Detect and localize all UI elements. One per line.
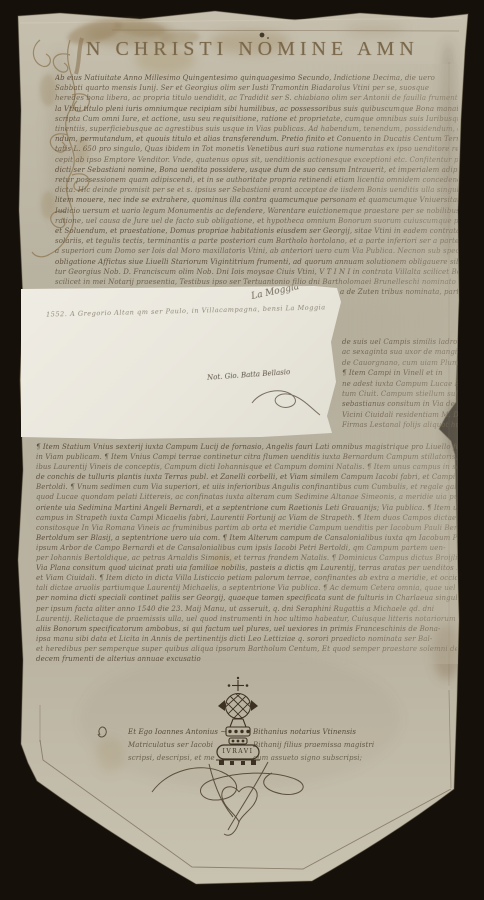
script-line: dicta. Hic deinde promisit per se et s. … [55,185,458,195]
archivist-paper-slip: La Moggia 1552. A Gregorio Altan qm ser … [21,286,341,439]
script-line: et heredibus per semperque super quibus … [36,644,457,654]
ink-blot [260,33,265,38]
script-line: Iudicio uersum et uario legum Monumentis… [55,206,458,216]
script-line: Vicini Ciuidali residentiam M. Dominicis [342,410,458,420]
body-block-1: Ab eius Natiuitate Anno Millesimo Quinge… [55,73,458,287]
script-line: consitosque In Via Romana Vineis ac frum… [36,523,457,533]
script-line: litem mouere, nec inde se extrahere, quo… [55,195,458,205]
side-fragment-column: de suis uel Campis similis ladrosac sexa… [342,337,458,431]
script-line: decem frumenti de alterius annuae excusa… [36,654,457,664]
script-line: tali dictae aruolis partiumque Laurentij… [36,583,457,593]
side-fragment-intro: a de Zuten tribus nominata, partim [340,287,458,297]
script-line: ne adest iuxta Campum Lucae Bertoldi [342,379,458,389]
script-line: per ipsum facta aliter anno 1540 die 23.… [36,604,457,614]
script-line: Via Plana consitum quod uicinat prati ui… [36,563,457,573]
script-line: ratione, uel causa de Jure uel de facto … [55,216,458,226]
slip-ink-note: Not. Gio. Batta Bellasio [207,368,291,382]
script-line: ipsa manu sibi data et Licita in Annis d… [36,634,457,644]
script-line: Firmas Lestanal folijs aliquot humilium [342,420,458,430]
script-line: ipsum Arbor de Campo Bernardi et de Cans… [36,543,457,553]
script-line: tinentiis, superficiebusque ac agrestibu… [55,124,458,134]
script-line: a superiori cum Domo ser Iois dal Moro m… [55,246,458,256]
script-line: Sabbati quarto mensis Iunij. Ser et Geor… [55,83,458,93]
script-line: scilicet in mei Notarij praesentia, Test… [55,277,458,287]
script-line: scripta Cum omni Iure, et actione, usu s… [55,114,458,124]
body-block-2: ¶ Item Statium Vnius sexterij iuxta Camp… [36,442,457,664]
script-line: ndum, permutandum, et quouis titulo et a… [55,134,458,144]
script-line: et Viam Ciuidali. ¶ Item dicto in dicta … [36,573,457,583]
script-line: Bithanius notarius Vtinensis [253,726,379,739]
script-line: a de Zuten tribus nominata, partim [340,287,458,297]
script-line: tum Ciuit. Campum stiellum sull quon- [342,389,458,399]
manuscript-photograph: N CHRISTI NOMINE AMN Ab eius Natiuitate … [0,0,484,900]
script-line: heredes bona libera, ac propria titulo u… [55,93,458,103]
script-line: la Vtini titulo pleni iuris omniumque re… [55,104,458,114]
script-line: cum assueto signo subscripsi; [253,752,379,765]
script-line: et Soluendum, et praestatione, Domus pro… [55,226,458,236]
script-line: de conchis de tulluris plantis iuxta Ter… [36,472,457,482]
script-line: de suis uel Campis similis ladros [342,337,458,347]
script-line: dicti ser Sebastiani nomine, Bona uendit… [55,165,458,175]
script-line: quod Lucae quondam pelati Littereis, ac … [36,492,457,502]
script-line: per nomina dicti speciali continet palii… [36,593,457,603]
script-line: retur possessionem quam adipiscendi, et … [55,175,458,185]
script-line: ¶ Item Statium Vnius sexterij iuxta Camp… [36,442,457,452]
charter-heading: N CHRISTI NOMINE AMN [86,38,466,61]
script-line: Bithanij filius praemissa magistri [253,739,379,752]
script-line: tur Georgius Nob. D. Franciscum olim Nob… [55,267,458,277]
script-line: Laurentij. Relictaque de praemissis ulla… [36,614,457,624]
script-line: sebastianus consitum in Via de mortalis [342,399,458,409]
script-line: ¶ Item Campi in Vinell et in [342,368,458,378]
script-line: Bertoldum ser Blasij, a septentrione uer… [36,533,457,543]
script-line: Ab eius Natiuitate Anno Millesimo Quinge… [55,73,458,83]
notarial-sign-label: IVRAVI [217,748,259,755]
script-line: solariis, et tegulis tectis, terminantis… [55,236,458,246]
script-line: tatis L. 650 pro singulo, Quas ibidem in… [55,144,458,154]
script-line: in Viam publicam. ¶ Item Vnius Campi ter… [36,452,457,462]
script-line: cepit ab ipso Emptore Venditor. Vnde, qu… [55,155,458,165]
script-line: Et Ego Ioannes Antonius ~ [128,726,232,739]
slip-pencil-note: 1552. A Gregorio Altan qm ser Paulo, in … [46,303,326,318]
script-line: ibus Laurentij Vineis de conceptis, Camp… [36,462,457,472]
script-line: obligatione Affictus siue Liuelli Stario… [55,257,458,267]
script-line: aliis Bonorum specificatorum ambobus, si… [36,624,457,634]
script-line: ac sexaginta sua uxor de mangiore, [342,347,458,357]
script-line: oriente uia Sedimina Martini Angeli Bern… [36,503,457,513]
script-line: de Cauorgnano, cum uiam Plumigera, [342,358,458,368]
slip-signature-flourish [246,385,326,419]
script-line: per Iohannis Bertoldique, ac petras Arna… [36,553,457,563]
subscription-left-column: Et Ego Ioannes Antonius ~Matriculatus se… [128,726,232,765]
script-line: campus in Strapeth iuxta Campi Micaelis … [36,513,457,523]
subscription-right-column: Bithanius notarius VtinensisBithanij fil… [253,726,379,765]
script-line: Bertoldi. ¶ Vnum sedimen cum Via superio… [36,482,457,492]
